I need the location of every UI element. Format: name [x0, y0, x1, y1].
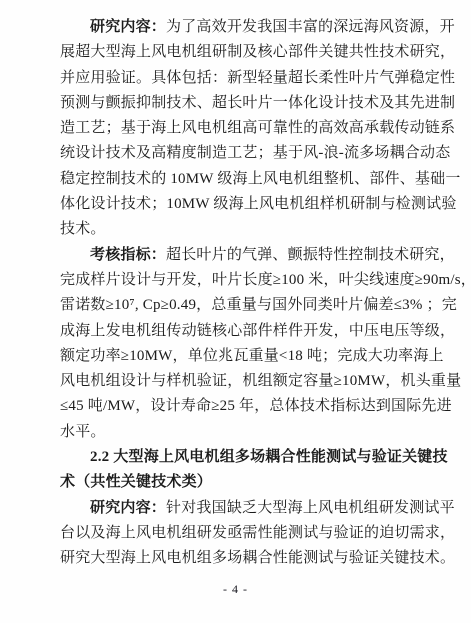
- text-line: 风电机组设计与样机验证，机组额定容量≥10MW，机头重量: [60, 369, 449, 394]
- text-line: 研究大型海上风电机组多场耦合性能测试与验证关键技术。: [60, 546, 449, 571]
- section-heading-2-2: 2.2 大型海上风电机组多场耦合性能测试与验证关键技 术（共性关键技术类）: [60, 445, 449, 496]
- text-line: 并应用验证。具体包括：新型轻量超长柔性叶片气弹稳定性: [60, 66, 449, 91]
- text-line: 水平。: [60, 420, 449, 445]
- text-line: 雷诺数≥10⁷, Cp≥0.49，总重量与国外同类叶片偏差≤3% ；完: [60, 293, 449, 318]
- document-page: 研究内容：为了高效开发我国丰富的深远海风资源，开 展超大型海上风电机组研制及核心…: [0, 0, 471, 623]
- page-number: - 4 -: [0, 582, 471, 597]
- text-line: 稳定控制技术的 10MW 级海上风电机组整机、部件、基础一: [60, 167, 449, 192]
- text-line: ≤45 吨/MW，设计寿命≥25 年，总体技术指标达到国际先进: [60, 394, 449, 419]
- paragraph-assessment-indicators: 考核指标：超长叶片的气弹、颤振特性控制技术研究， 完成样片设计与开发，叶片长度≥…: [60, 243, 449, 445]
- text-line: 技术。: [60, 217, 449, 242]
- paragraph-label: 考核指标：: [90, 247, 166, 263]
- text-line: 研究内容：针对我国缺乏大型海上风电机组研发测试平: [60, 496, 449, 521]
- text-line: 额定功率≥10MW，单位兆瓦重量<18 吨；完成大功率海上: [60, 344, 449, 369]
- heading-line: 术（共性关键技术类）: [60, 470, 449, 495]
- text-run: 针对我国缺乏大型海上风电机组研发测试平: [166, 500, 455, 516]
- text-line: 预测与颤振抑制技术、超长叶片一体化设计技术及其先进制: [60, 91, 449, 116]
- text-line: 台以及海上风电机组研发亟需性能测试与验证的迫切需求，: [60, 521, 449, 546]
- paragraph-label: 研究内容：: [90, 500, 166, 516]
- text-line: 体化设计技术；10MW 级海上风电机组样机研制与检测试验: [60, 192, 449, 217]
- paragraph-research-content-2: 研究内容：针对我国缺乏大型海上风电机组研发测试平 台以及海上风电机组研发亟需性能…: [60, 496, 449, 572]
- text-run: 超长叶片的气弹、颤振特性控制技术研究，: [166, 247, 455, 263]
- text-line: 成海上发电机组传动链核心部件样件开发，中压电压等级，: [60, 319, 449, 344]
- heading-line: 2.2 大型海上风电机组多场耦合性能测试与验证关键技: [60, 445, 449, 470]
- text-line: 展超大型海上风电机组研制及核心部件关键共性技术研究，: [60, 40, 449, 65]
- paragraph-label: 研究内容：: [90, 19, 166, 35]
- text-line: 统设计技术及高精度制造工艺；基于风-浪-流多场耦合动态: [60, 141, 449, 166]
- text-line: 研究内容：为了高效开发我国丰富的深远海风资源，开: [60, 15, 449, 40]
- paragraph-research-content-1: 研究内容：为了高效开发我国丰富的深远海风资源，开 展超大型海上风电机组研制及核心…: [60, 15, 449, 243]
- text-line: 完成样片设计与开发，叶片长度≥100 米，叶尖线速度≥90m/s，: [60, 268, 449, 293]
- text-line: 考核指标：超长叶片的气弹、颤振特性控制技术研究，: [60, 243, 449, 268]
- text-run: 为了高效开发我国丰富的深远海风资源，开: [166, 19, 455, 35]
- text-line: 造工艺；基于海上风电机组高可靠性的高效高承载传动链系: [60, 116, 449, 141]
- document-body: 研究内容：为了高效开发我国丰富的深远海风资源，开 展超大型海上风电机组研制及核心…: [0, 0, 471, 572]
